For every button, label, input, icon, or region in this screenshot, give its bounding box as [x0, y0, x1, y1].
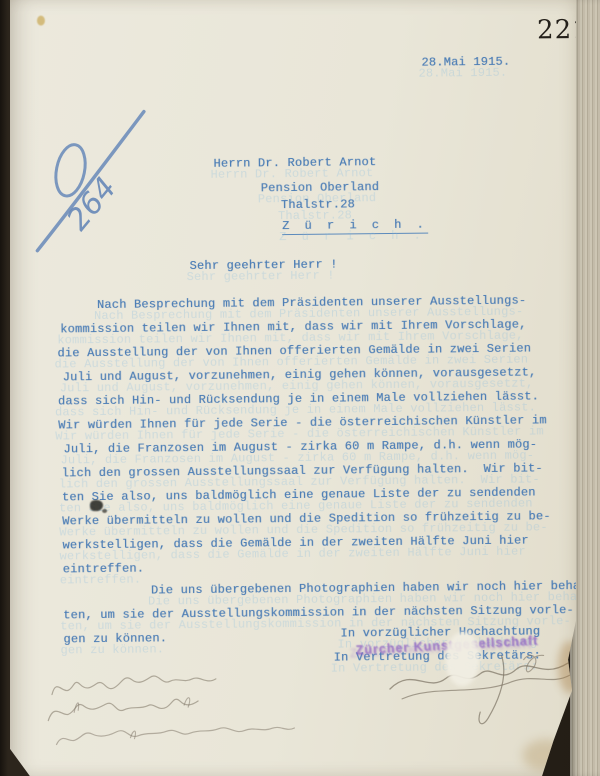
pencil-signature [384, 645, 585, 737]
body-line: Nach Besprechung mit dem Präsidenten uns… [97, 294, 526, 312]
body-line: ten, um sie der Ausstellungskommission i… [63, 603, 574, 622]
body-line: werkstelligen, dass die Gemälde in der z… [62, 534, 528, 553]
recipient-line: Pension Oberland [261, 180, 380, 195]
body-line: Juli und August, vorzunehmen, einig gehe… [63, 365, 537, 384]
body-line: ten Sie also, uns baldmöglich eine genau… [62, 485, 536, 504]
registry-mark-number: 264 [60, 171, 123, 237]
recipient-street: Thalstr.28 [281, 197, 355, 212]
handwritten-note [34, 665, 385, 764]
letter-date: 28.Mai 1915. [421, 55, 510, 70]
letter-paper: 221 28.Mai 1915. 264 Herrn Dr. Robert Ar… [10, 0, 576, 776]
body-line: Die uns übergebenen Photographien haben … [151, 579, 595, 598]
body-line: lich den grossen Ausstellungssaal zur Ve… [62, 461, 543, 480]
body-line: eintreffen. [63, 562, 145, 577]
foxing-stain [37, 16, 45, 26]
ink-blot-small [102, 509, 107, 513]
archival-letter-scan: { "page": { "folio_number": "221" }, "re… [0, 0, 600, 776]
body-line: die Ausstellung der von Ihnen offerierte… [57, 342, 531, 361]
body-line: dass sich Hin- und Rücksendung je in ein… [58, 389, 539, 408]
registry-mark: 264 [22, 99, 174, 271]
body-line: gen zu können. [63, 631, 167, 646]
body-line: Juli, die Franzosen im August - zirka 60… [63, 437, 537, 456]
recipient-city: Z ü r i c h . [282, 218, 428, 236]
body-line: Wir würden Ihnen für jede Serie - die ös… [58, 413, 547, 432]
corner-stain [523, 739, 569, 771]
body-line: Werke übermitteln zu wollen und die Sped… [62, 509, 551, 528]
recipient-name: Herrn Dr. Robert Arnot [213, 155, 376, 171]
letter-content: 221 28.Mai 1915. 264 Herrn Dr. Robert Ar… [7, 0, 581, 776]
salutation: Sehr geehrter Herr ! [189, 258, 337, 274]
body-line: kommission teilen wir Ihnen mit, dass wi… [60, 318, 526, 337]
